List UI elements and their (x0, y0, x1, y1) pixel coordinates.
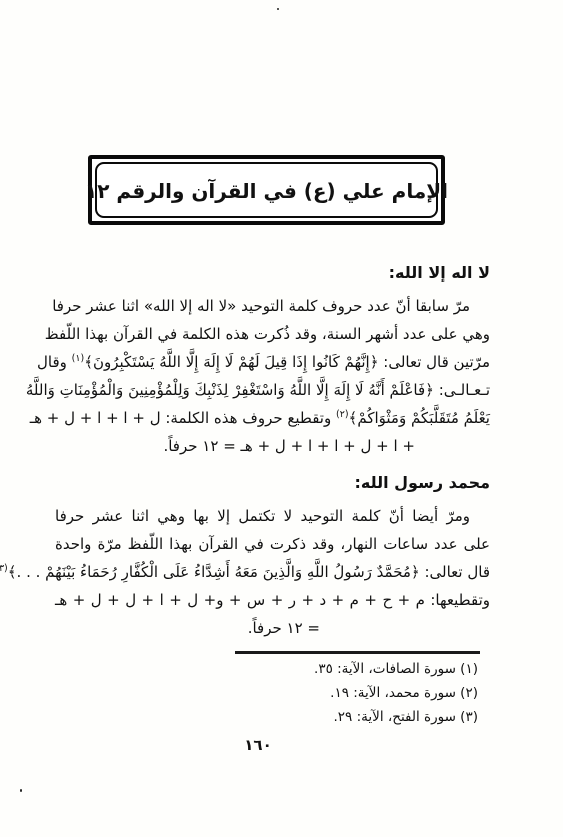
scan-artifact-dot (20, 789, 22, 792)
scan-artifact-dot (277, 8, 279, 10)
paragraph-line: وهي على عدد أشهر السنة، وقد ذُكرت هذه ال… (55, 320, 490, 348)
paragraph-line: مرّ سابقا أنّ عدد حروف كلمة التوحيد «لا … (55, 292, 490, 320)
footnotes-block: (١) سورة الصافات، الآية: ٣٥. (٢) سورة مح… (85, 657, 478, 729)
chapter-title: الإمام علي (ع) في القرآن والرقم ١٢ (85, 177, 448, 203)
paragraph-line-letter-count: وتقطيعها: م + ح + م + د + ر + س + و+ ل +… (55, 586, 490, 614)
verse-text: يَعْلَمُ مُتَقَلَّبَكُمْ وَمَثْوَاكُمْ﴾ (349, 409, 490, 427)
footnote-item: (٢) سورة محمد، الآية: ١٩. (85, 681, 478, 705)
footnote-item: (١) سورة الصافات، الآية: ٣٥. (85, 657, 478, 681)
paragraph-line-letter-count: ‏+ ا + ل + ا + ا + ل + هـ = ١٢ حرفاً. (55, 432, 490, 460)
section-heading-muhammad-rasul: محمد رسول الله: (55, 472, 490, 494)
paragraph-muhammad: ومرّ أيضا أنّ كلمة التوحيد لا تكتمل إلا … (55, 502, 490, 642)
book-page: { "title_box": { "title": "الإمام علي (ع… (0, 0, 563, 837)
paragraph-line-with-verse: مرّتين قال تعالى: ﴿إِنَّهُمْ كَانُوا إِذ… (55, 348, 490, 376)
paragraph-tawhid: مرّ سابقا أنّ عدد حروف كلمة التوحيد «لا … (55, 292, 490, 460)
verse-text: مرّتين قال تعالى: ﴿إِنَّهُمْ كَانُوا إِذ… (84, 353, 490, 371)
footnote-item: (٣) سورة الفتح، الآية: ٢٩. (85, 705, 478, 729)
chapter-title-inner-frame: الإمام علي (ع) في القرآن والرقم ١٢ (95, 162, 438, 218)
footnote-marker-2: (٢) (336, 409, 349, 420)
verse-text: قال تعالى: ﴿مُحَمَّدٌ رَسُولُ اللَّهِ وَ… (8, 563, 490, 581)
footnote-marker-1: (١) (72, 353, 85, 364)
section-heading-la-ilaha: لا اله إلا الله: (55, 262, 490, 284)
paragraph-line-with-verse: تـعـالـى: ﴿فَاعْلَمْ أَنَّهُ لَا إِلَهَ … (55, 376, 490, 404)
paragraph-line-with-verse: قال تعالى: ﴿مُحَمَّدٌ رَسُولُ اللَّهِ وَ… (55, 558, 490, 586)
footnote-marker-3: (٣) (0, 563, 8, 574)
footnote-separator-rule (235, 651, 480, 654)
paragraph-line: ومرّ أيضا أنّ كلمة التوحيد لا تكتمل إلا … (55, 502, 490, 530)
line-continuation: وقال (37, 353, 72, 371)
chapter-title-box: الإمام علي (ع) في القرآن والرقم ١٢ (88, 155, 445, 225)
paragraph-line-with-verse: يَعْلَمُ مُتَقَلَّبَكُمْ وَمَثْوَاكُمْ﴾(… (55, 404, 490, 432)
paragraph-line: على عدد ساعات النهار، وقد ذكرت في القرآن… (55, 530, 490, 558)
line-continuation: وتقطيع حروف هذه الكلمة: ل + ا + ا + ل + … (30, 409, 336, 427)
body-text-column: لا اله إلا الله: مرّ سابقا أنّ عدد حروف … (55, 262, 490, 642)
page-number: ١٦٠ (236, 736, 280, 754)
paragraph-line-letter-count: ‏= ١٢ حرفاً. (55, 614, 490, 642)
